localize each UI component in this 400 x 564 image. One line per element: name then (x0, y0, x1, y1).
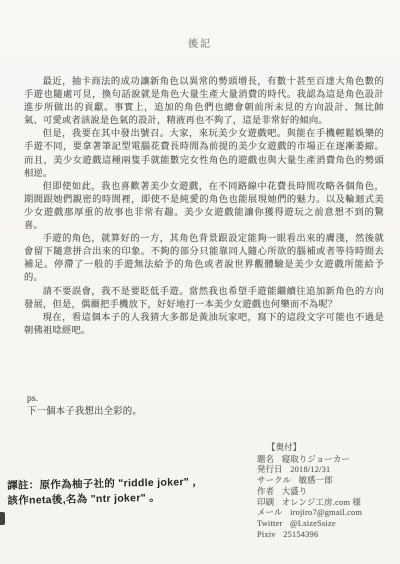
colophon-label: Twitter (257, 519, 282, 528)
paragraph: 但是，我要在其中發出號召。大家，來玩美少女遊戲吧。與能在手機輕鬆娛樂的手遊不同，… (24, 128, 384, 180)
colophon-label: サークル (257, 476, 291, 485)
colophon-header: 【奥付】 (267, 443, 362, 454)
paragraph: 請不要誤會，我不是要貶低手遊。當然我也希望手遊能繼續往追加新角色的方向發展，但是… (24, 286, 384, 312)
afterword-page: 後記 最近，抽卡商法的成功讓新角色以異常的勢頭增長，有數十甚至百達大角色數的手遊… (0, 0, 400, 564)
colophon-row-email: メールirojiro7@gmail.com (257, 508, 362, 519)
colophon-label: 発行日 (257, 465, 283, 474)
colophon-row-title: 題名寝取りジョーカー (257, 455, 362, 466)
colophon-value: 大盛り (282, 487, 308, 496)
colophon-value: 2018/12/31 (290, 465, 330, 474)
colophon-row-pixiv: Pixiv25154396 (257, 530, 362, 541)
paragraph: 最近，抽卡商法的成功讓新角色以異常的勢頭增長，有數十甚至百達大角色數的手遊也隨處… (24, 76, 384, 128)
paragraph: 現在，看這個本子的人我猜大多都是黃油玩家吧，寫下的這段文字可能也不過是朝佛祖唸經… (24, 312, 384, 338)
paragraph: 手遊的角色，就算好的一方，其角色背景跟設定能夠一眼看出來的膚淺，然後就會留下隨意… (24, 233, 384, 285)
colophon: 【奥付】 題名寝取りジョーカー 発行日2018/12/31 サークル敏感一郎 作… (257, 443, 362, 540)
colophon-row-circle: サークル敏感一郎 (257, 476, 362, 487)
colophon-value: 25154396 (283, 530, 318, 539)
colophon-label: 題名 (257, 455, 274, 464)
postscript-label: ps. (27, 393, 142, 406)
postscript-text: 下一個本子我想出全彩的。 (27, 406, 142, 419)
colophon-label: Pixiv (257, 530, 276, 539)
colophon-label: 印刷 (257, 498, 274, 507)
colophon-row-printer: 印刷オレンジ工房.com 様 (257, 498, 362, 509)
colophon-label: メール (257, 508, 283, 517)
scan-artifact (0, 512, 5, 525)
afterword-body: 最近，抽卡商法的成功讓新角色以異常的勢頭增長，有數十甚至百達大角色數的手遊也隨處… (24, 76, 384, 338)
colophon-row-author: 作者大盛り (257, 487, 362, 498)
page-title: 後記 (0, 35, 400, 50)
colophon-row-twitter: Twitter@LsizeSsize (257, 519, 362, 530)
colophon-value: 敏感一郎 (299, 476, 333, 485)
colophon-row-date: 発行日2018/12/31 (257, 465, 362, 476)
translator-note: 譯註：原作為柚子社的 "riddle joker" ， 該作neta後,名為 "… (7, 474, 248, 508)
colophon-value: 寝取りジョーカー (282, 455, 350, 464)
colophon-value: irojiro7@gmail.com (290, 508, 362, 517)
paragraph: 但即使如此，我也喜歡著美少女遊戲，在不同路線中花費長時間攻略各個角色，期間跟她們… (24, 181, 384, 233)
colophon-value: @LsizeSsize (290, 519, 336, 528)
postscript: ps. 下一個本子我想出全彩的。 (27, 393, 142, 419)
colophon-value: オレンジ工房.com 様 (282, 498, 361, 507)
colophon-label: 作者 (257, 487, 274, 496)
